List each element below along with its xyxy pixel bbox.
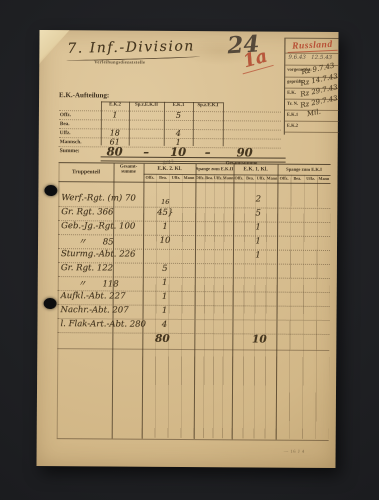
summary-total-label: Summe: [60, 148, 80, 154]
punch-hole [44, 298, 57, 309]
unit-name: Geb.-Jg.-Rgt. 100 [61, 221, 135, 232]
ek1-count: 1 [236, 222, 280, 232]
box-rule [285, 132, 339, 133]
summary-value: 4 [164, 129, 193, 138]
ek2-count: 1 [143, 306, 187, 316]
column-header-total: Gesamt- summe [114, 164, 144, 175]
subcol-label: Uffz. [255, 174, 266, 182]
subcol-label: Mann [182, 174, 195, 182]
ek2-count: 10 [143, 236, 187, 246]
subcol-label: Bea. [205, 174, 214, 182]
unit-name: Gr. Rgt. 122 [61, 263, 113, 273]
subcol-label: Offz. [233, 174, 244, 182]
group-header-sp2: Spange zum E.K.II [196, 164, 234, 174]
summary-value: 5 [164, 111, 193, 120]
unit-name: l. Flak-Art.-Abt. 280 [60, 319, 146, 330]
subcolumn-headers: Offz.Bea.Uffz.Mann [233, 174, 277, 182]
subcol-label: Bea. [156, 174, 169, 182]
subcol-label: Bea. [291, 175, 304, 183]
totals-row: 80 10 [57, 332, 329, 350]
subcol-label: Uffz. [304, 175, 317, 183]
unit-name: Aufkl.-Abt. 227 [61, 291, 126, 301]
summary-col-header: E.K.1 [164, 103, 193, 108]
ek2-count: 1 [143, 278, 187, 288]
subcol-label: Uffz. [214, 174, 223, 182]
group-header-sp1: Spange zum E.K.I [278, 165, 331, 175]
summary-value: 18 [101, 128, 129, 137]
ek2-total: 80 [142, 333, 182, 345]
summary-col-header: Sp.z.E.K.II [129, 103, 164, 108]
ek2-count: 5 [143, 264, 187, 274]
unit-name: Gr. Rgt. 366 [61, 207, 113, 217]
ek1-count: 2 [236, 194, 280, 204]
summary-row-label: Offz. [60, 112, 71, 118]
table-rule [223, 102, 224, 146]
ek2-count: 4 [142, 320, 186, 330]
summary-table: E.K.2 Sp.z.E.K.II E.K.1 Sp.z.E.K.I Offz.… [59, 101, 281, 171]
registry-entry: Mil. [306, 108, 321, 119]
russland-stamp: Russland [287, 40, 337, 53]
ek2-count: 1 [143, 292, 187, 302]
subcol-label: Mann [317, 175, 330, 183]
subcolumn-headers: Offz.Bea.Uffz.Mann [195, 174, 233, 182]
unit-name: Werf.-Rgt. (m) 70 [61, 193, 136, 204]
subcol-label: Mann [223, 174, 234, 182]
table-rule [129, 102, 130, 146]
table-rule [193, 102, 194, 146]
title-caption: Verleihungsdienststelle [94, 59, 145, 64]
column-header-unit: Truppenteil [58, 163, 113, 181]
summary-col-header: Sp.z.E.K.I [193, 103, 223, 108]
registry-label: E.K.1 [287, 112, 298, 117]
summary-row-label: Bea. [60, 121, 70, 127]
subcol-label: Offz. [143, 174, 156, 182]
ek1-count: 5 [236, 208, 280, 218]
group-header-ek1: E.K. 1. Kl. [234, 164, 278, 174]
summary-row-label: Uffz. [60, 130, 71, 136]
ek2-count: 16 [143, 198, 187, 206]
document-paper: 7. Inf.-Division Verleihungsdienststelle… [36, 30, 338, 468]
subcol-label: Offz. [277, 175, 290, 183]
unit-name: Sturmg.-Abt. 226 [61, 249, 136, 260]
paper-fold-corner [39, 30, 69, 64]
photo-of-document: 7. Inf.-Division Verleihungsdienststelle… [0, 0, 379, 500]
subcolumn-headers: Offz.Bea.Uffz.Mann [143, 174, 195, 182]
subcolumn-headers: Offz.Bea.Uffz.Mann [277, 175, 330, 183]
registry-box: Russland 9.6.43 12.5.43 vorgemerkt: gepr… [284, 38, 340, 135]
registry-label: E.K. [287, 90, 296, 95]
registry-date-note: 9.6.43 12.5.43 [288, 55, 332, 61]
registry-label: E.K.2 [287, 123, 298, 128]
ek1-count: 1 [236, 250, 280, 260]
total-header-line1: Gesamt- [120, 165, 137, 170]
ek2-count: 45} [143, 208, 187, 218]
registry-label: Tr. N. [287, 101, 298, 106]
summary-value: 1 [101, 110, 129, 119]
ek1-total: 10 [237, 333, 281, 345]
summary-col-header: E.K.2 [101, 102, 129, 107]
subcol-label: Offz. [195, 174, 204, 182]
unit-name: Nachr.-Abt. 207 [61, 305, 129, 315]
punch-hole [44, 185, 57, 196]
unit-name: 〃 118 [78, 277, 119, 289]
division-title: 7. Inf.-Division [67, 38, 195, 56]
subcol-label: Uffz. [169, 174, 182, 182]
unit-name: 〃 85 [78, 235, 114, 247]
award-table: Truppenteil Gesamt- summe E.K. 2. Kl. Sp… [57, 162, 331, 441]
ek1-count: 1 [236, 236, 280, 246]
form-code: — 16 J 4 [284, 449, 305, 454]
ek2-count: 1 [143, 222, 187, 232]
summary-title: E.K.-Aufteilung: [59, 91, 109, 99]
subcol-label: Bea. [244, 174, 255, 182]
summary-row-label: Mannsch. [60, 139, 82, 145]
subcol-label: Mann [266, 175, 277, 183]
group-header-ek2: E.K. 2. Kl. [144, 164, 196, 174]
total-header-line2: summe [121, 170, 136, 175]
